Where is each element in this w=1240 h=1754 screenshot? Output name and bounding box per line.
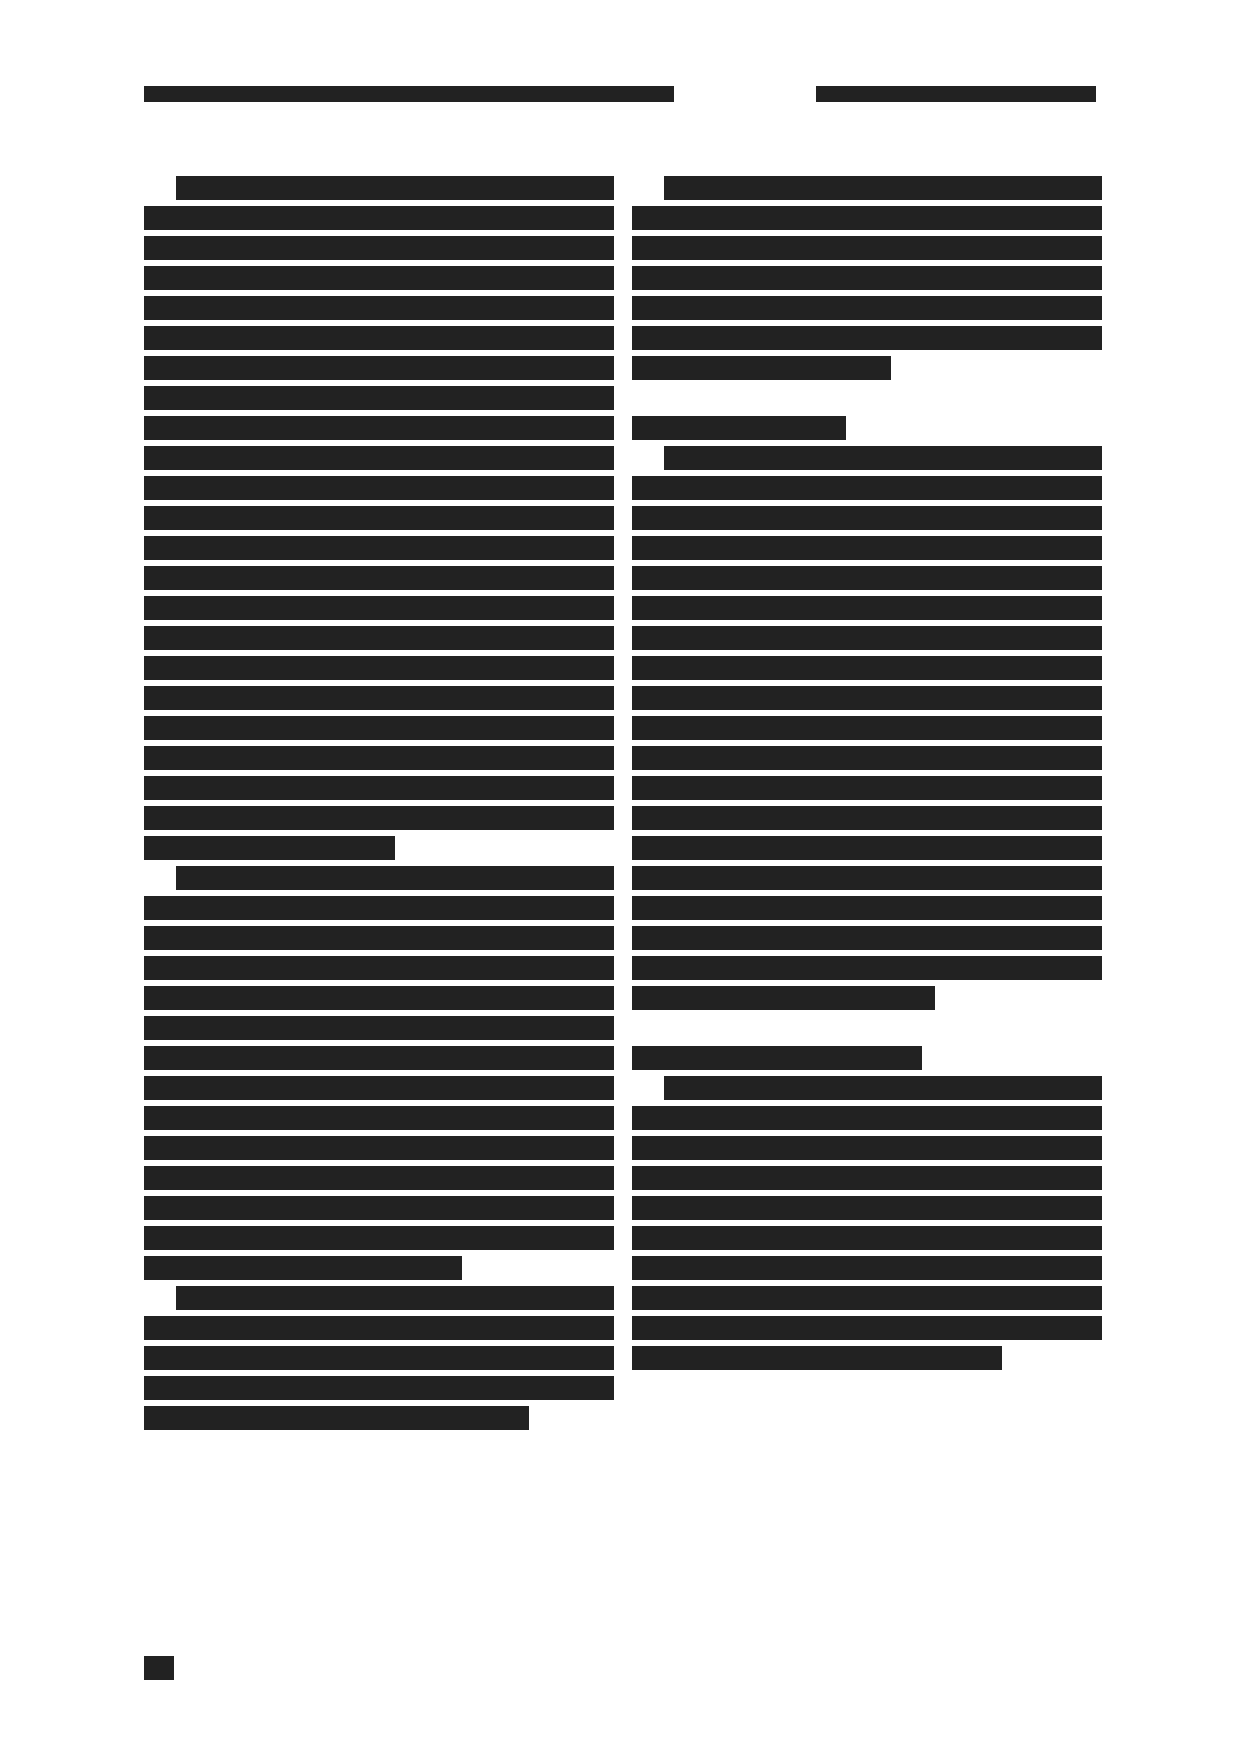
text-line — [632, 746, 1102, 770]
text-line — [632, 596, 1102, 620]
paragraph-intro — [632, 176, 1102, 380]
text-line — [144, 836, 395, 860]
paragraph-3 — [144, 1286, 614, 1430]
text-line — [144, 386, 614, 410]
text-line — [144, 716, 614, 740]
text-line — [144, 596, 614, 620]
running-header-left — [144, 86, 674, 102]
section-heading — [632, 416, 846, 440]
text-line — [144, 926, 614, 950]
text-line — [144, 986, 614, 1010]
text-line — [632, 206, 1102, 230]
text-line — [144, 536, 614, 560]
section-paragraph-2 — [632, 1076, 1102, 1370]
text-line — [144, 1136, 614, 1160]
text-line — [632, 476, 1102, 500]
text-line — [144, 686, 614, 710]
text-line — [632, 1286, 1102, 1310]
text-line — [144, 1406, 529, 1430]
text-line — [632, 776, 1102, 800]
text-line — [144, 266, 614, 290]
text-line — [632, 956, 1102, 980]
text-line — [632, 806, 1102, 830]
page-number — [144, 1656, 174, 1680]
text-line — [632, 356, 891, 380]
text-line — [144, 1346, 614, 1370]
text-line — [144, 1376, 614, 1400]
text-line — [144, 1196, 614, 1220]
text-line — [632, 296, 1102, 320]
left-column — [144, 176, 614, 1436]
paragraph-2 — [144, 866, 614, 1280]
text-line — [144, 326, 614, 350]
text-line — [144, 956, 614, 980]
text-line — [632, 1226, 1102, 1250]
paragraph-1 — [144, 176, 614, 860]
text-line — [144, 356, 614, 380]
text-line — [144, 1316, 614, 1340]
text-line — [176, 176, 614, 200]
text-line — [144, 236, 614, 260]
text-line — [144, 746, 614, 770]
text-line — [632, 266, 1102, 290]
section-paragraph-1 — [632, 446, 1102, 1010]
text-line — [144, 1226, 614, 1250]
text-line — [664, 176, 1102, 200]
text-line — [144, 806, 614, 830]
text-line — [632, 1196, 1102, 1220]
text-line — [664, 1076, 1102, 1100]
text-line — [632, 656, 1102, 680]
text-line — [632, 1346, 1002, 1370]
text-line — [632, 626, 1102, 650]
text-line — [144, 1166, 614, 1190]
text-line — [632, 1136, 1102, 1160]
text-line — [144, 1106, 614, 1130]
text-line — [632, 926, 1102, 950]
text-line — [144, 626, 614, 650]
text-line — [144, 296, 614, 320]
text-line — [144, 1016, 614, 1040]
text-line — [144, 1046, 614, 1070]
text-line — [632, 1166, 1102, 1190]
text-line — [144, 566, 614, 590]
text-line — [632, 986, 935, 1010]
text-line — [632, 686, 1102, 710]
text-line — [632, 716, 1102, 740]
text-line — [632, 866, 1102, 890]
text-line — [632, 836, 1102, 860]
text-line — [144, 776, 614, 800]
text-line — [144, 206, 614, 230]
section-heading — [632, 1046, 922, 1070]
text-line — [632, 896, 1102, 920]
text-line — [144, 416, 614, 440]
text-line — [632, 1256, 1102, 1280]
text-line — [144, 896, 614, 920]
text-line — [176, 1286, 614, 1310]
text-line — [144, 476, 614, 500]
text-line — [632, 536, 1102, 560]
text-line — [664, 446, 1102, 470]
right-column — [632, 176, 1102, 1376]
text-line — [144, 656, 614, 680]
text-line — [632, 1316, 1102, 1340]
text-line — [176, 866, 614, 890]
text-line — [632, 1106, 1102, 1130]
text-line — [632, 236, 1102, 260]
text-line — [144, 1256, 462, 1280]
text-line — [144, 446, 614, 470]
text-line — [632, 566, 1102, 590]
running-header-right — [816, 86, 1096, 102]
text-line — [632, 506, 1102, 530]
text-line — [144, 1076, 614, 1100]
text-line — [144, 506, 614, 530]
text-line — [632, 326, 1102, 350]
